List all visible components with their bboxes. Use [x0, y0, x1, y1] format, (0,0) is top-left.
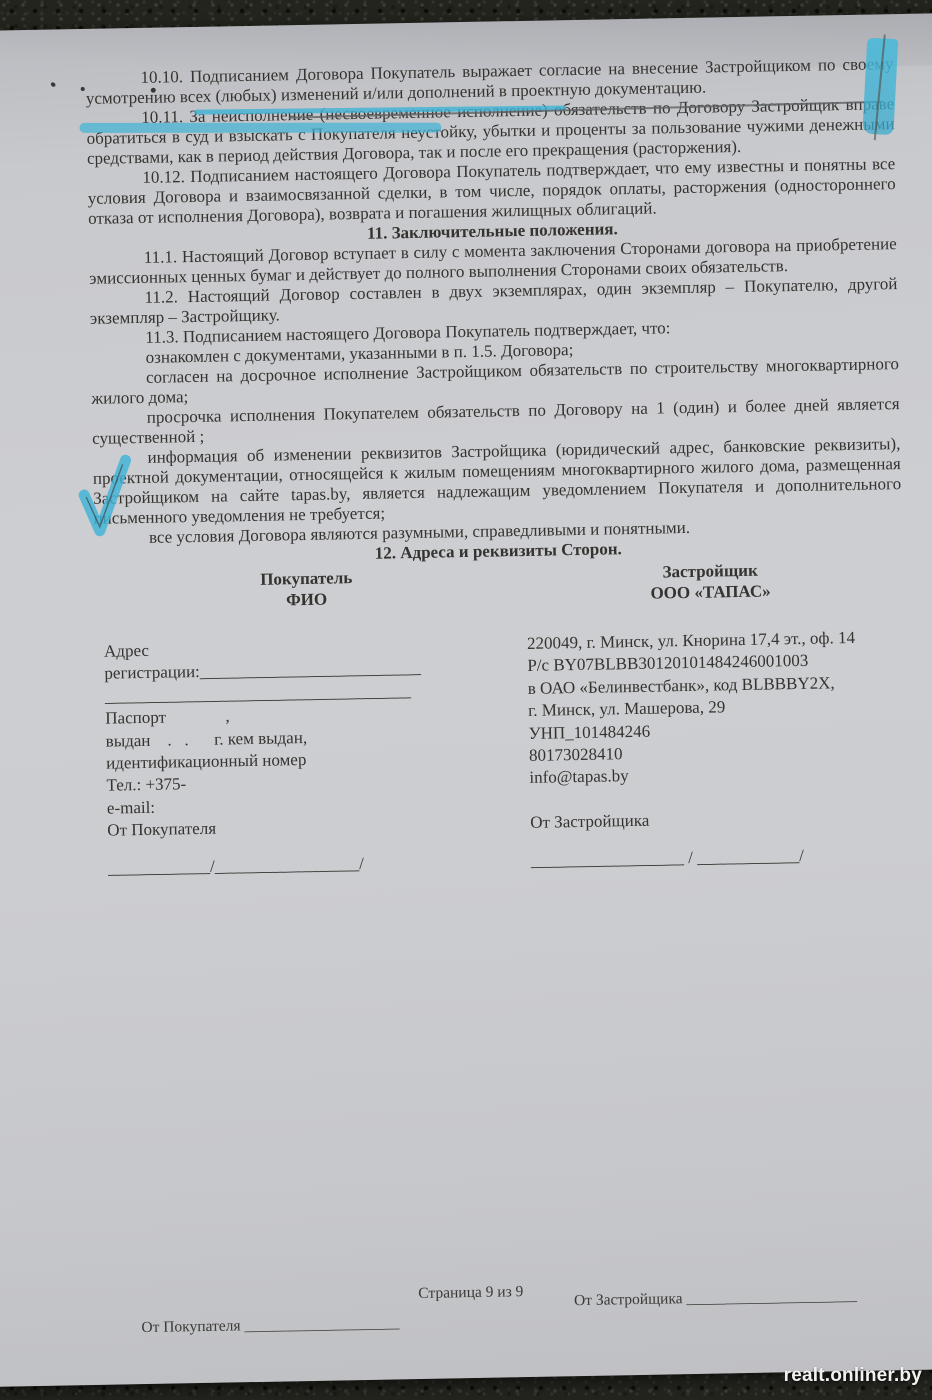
requisites-block: Покупатель ФИО Адрес регистрации:_______… [95, 557, 909, 879]
highlighter-strike [79, 123, 441, 133]
developer-details: 220049, г. Минск, ул. Кнорина 17,4 эт., … [519, 626, 908, 872]
highlighter-checkmark-icon [73, 454, 137, 541]
pen-mark-dot [50, 81, 56, 87]
buyer-column: Покупатель ФИО Адрес регистрации:_______… [95, 564, 524, 879]
contract-text: 10.10. Подписанием Договора Покупатель в… [85, 54, 908, 879]
buyer-signature-line: ____________/_________________/ [108, 850, 523, 880]
contract-page: 10.10. Подписанием Договора Покупатель в… [0, 13, 932, 1387]
clause-11-3-item-4: информация об изменении реквизитов Застр… [92, 434, 901, 529]
footer-from-developer: От Застройщика ______________________ [574, 1287, 857, 1310]
developer-column: Застройщик ООО «ТАПАС» 220049, г. Минск,… [518, 557, 909, 872]
buyer-details: Адрес регистрации:______________________… [96, 633, 523, 879]
highlighter-margin-stripe-icon [862, 38, 898, 135]
developer-signature-line: __________________ / ____________/ [531, 843, 908, 872]
pen-mark-dot [81, 87, 85, 91]
developer-header: Застройщик ООО «ТАПАС» [518, 557, 904, 606]
site-watermark: realt.onliner.by [784, 1365, 922, 1387]
footer-from-buyer: От Покупателя ____________________ [141, 1314, 399, 1337]
buyer-header: Покупатель ФИО [95, 564, 519, 614]
